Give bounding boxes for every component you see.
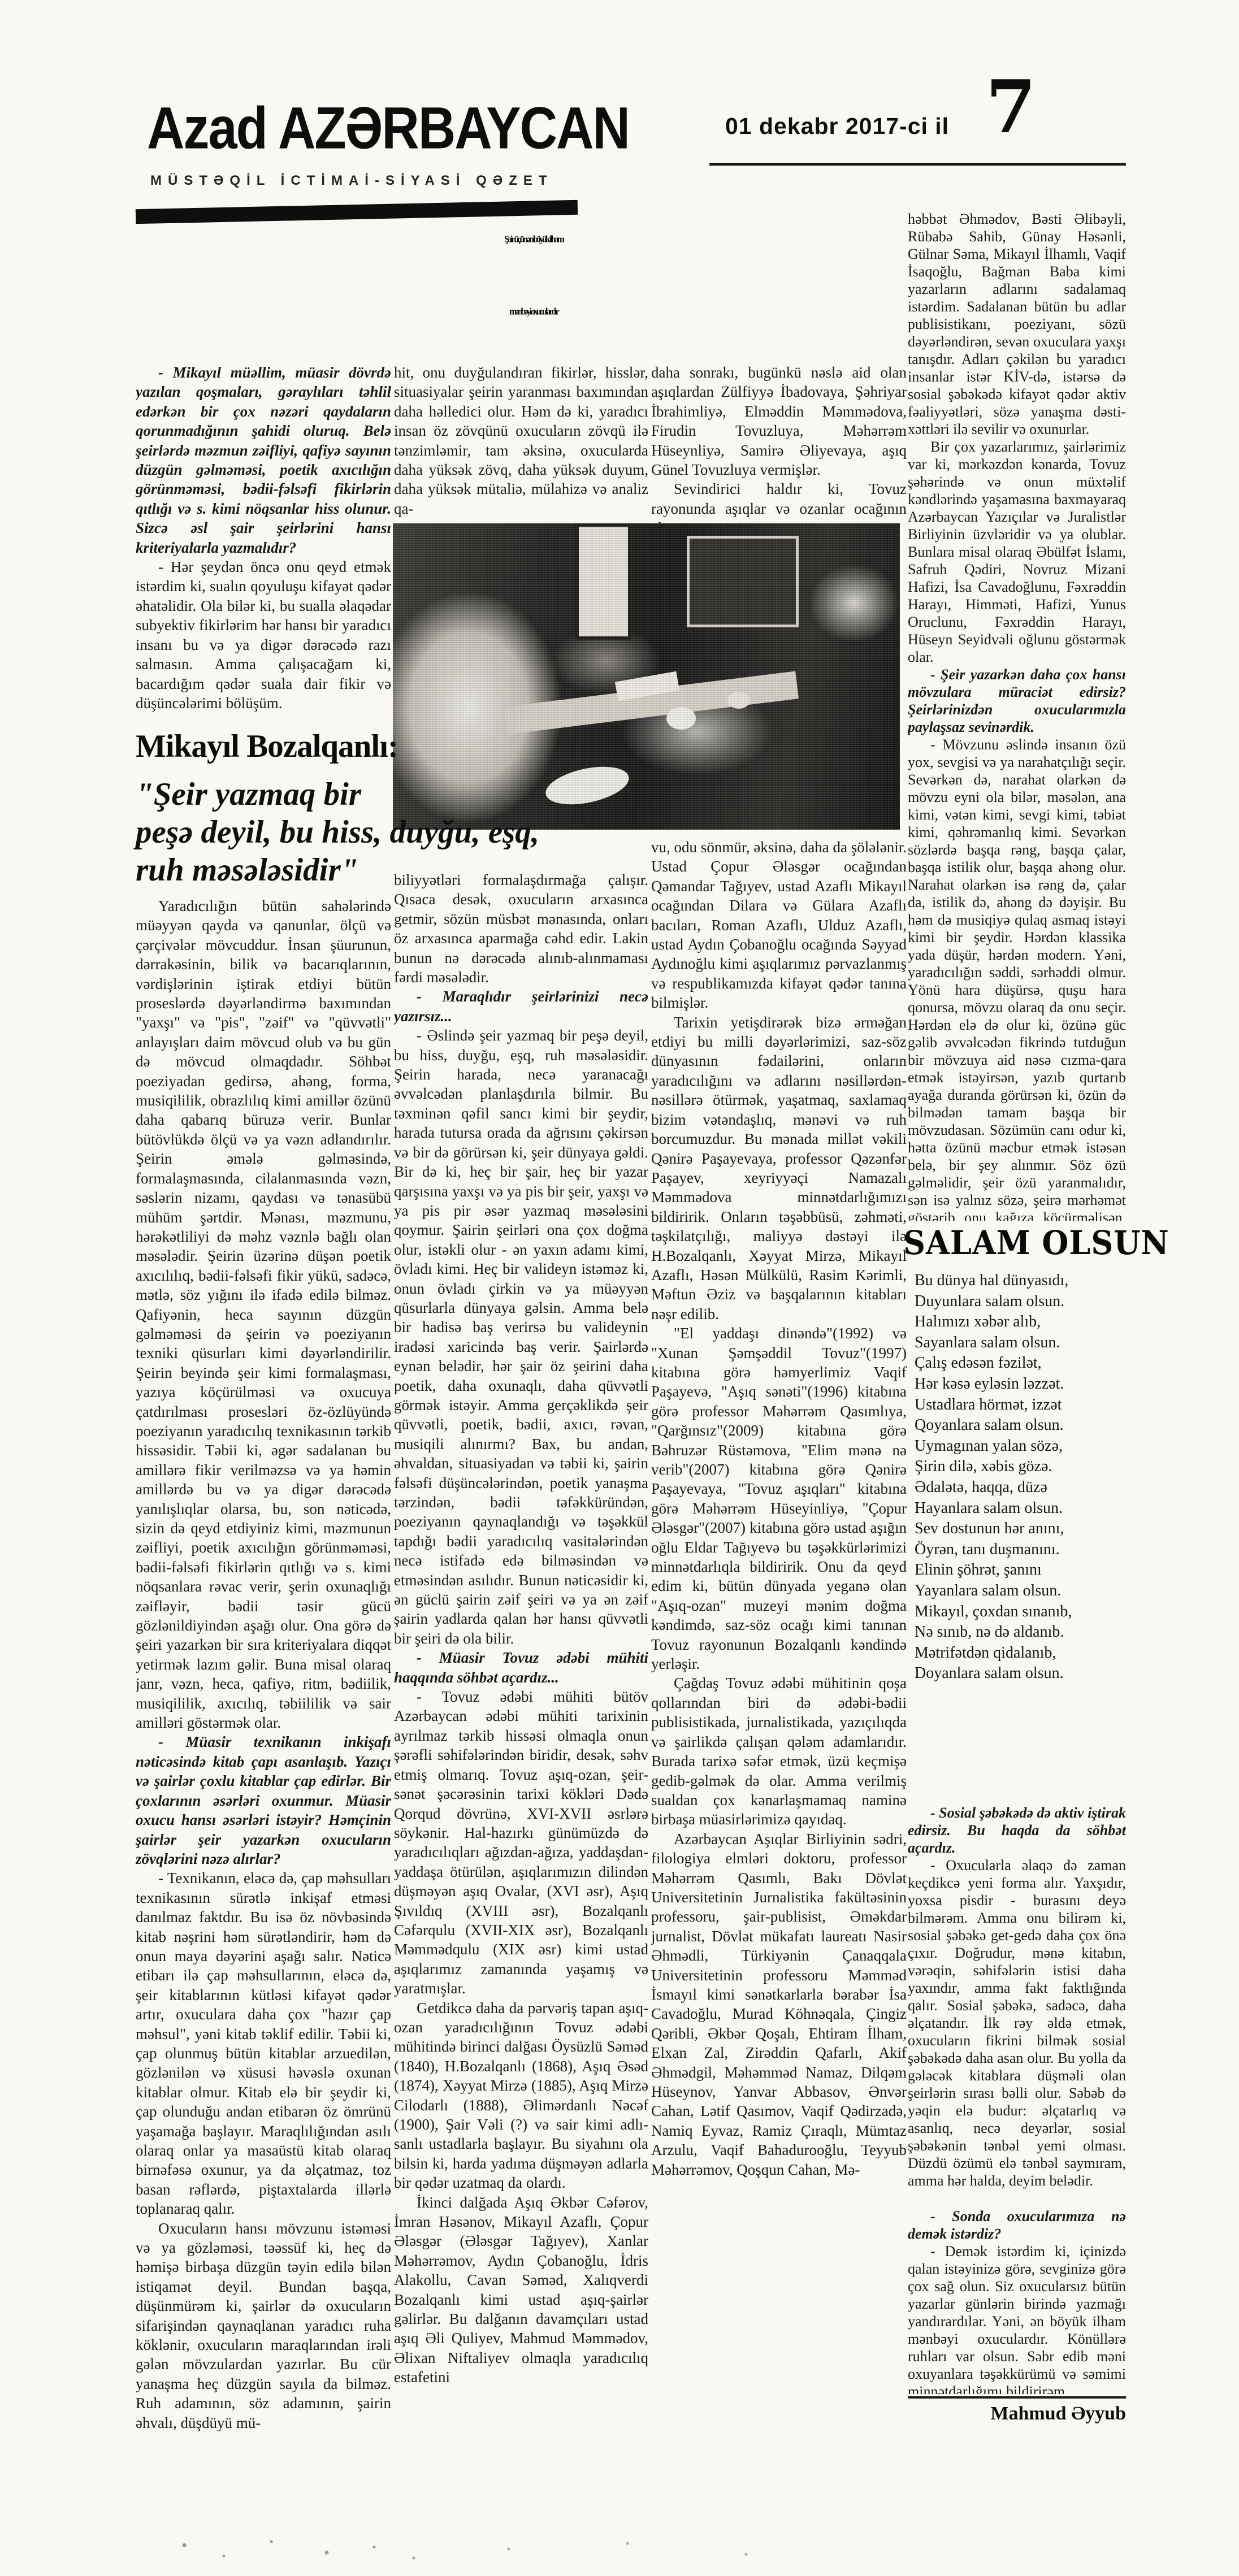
paragraph: Sevindirici haldır ki, Tovuz rayonunda a…	[651, 479, 907, 526]
author-byline: Mahmud Əyyub	[908, 2403, 1126, 2425]
date-rule	[709, 163, 1126, 166]
paragraph: Azərbaycan Aşıqlar Birliyinin sədri, fil…	[651, 1829, 907, 2179]
question-paragraph: - Sosial şəbəkədə də aktiv iştirak edirs…	[908, 1804, 1126, 1857]
headline-line1: Şair üçün ən böyük ilham	[504, 235, 563, 245]
text-line: Duyunlara salam olsun.	[915, 1291, 1127, 1312]
issue-date: 01 dekabr 2017-ci il	[725, 113, 949, 140]
column-4-final-qa: - Sonda oxucularımıza nə demək istərdiz?…	[908, 2208, 1126, 2394]
byline-rule	[908, 2396, 1126, 2399]
paragraph: "El yaddaşı dinəndə"(1992) və "Xunan Şəm…	[651, 1324, 907, 1673]
text-line: Sev dostunun hər anını,	[915, 1519, 1127, 1539]
paragraph: - Texnikanın, eləcə də, çap məhsulları t…	[136, 1868, 391, 2218]
text-line: ruh məsələsidir"	[136, 851, 653, 889]
text-line: Bu dünya hal dünyasıdı,	[915, 1270, 1127, 1291]
paragraph: Yaradıcılığın bütün sahələrində müəyyən …	[136, 896, 391, 1732]
paragraph: - Tovuz ədəbi mühiti bütöv Azərbaycan əd…	[394, 1687, 648, 1998]
paragraph: - Oxucularla əlaqə də zaman keçdikcə yen…	[908, 1857, 1126, 2189]
text-line: Sayanlara salam olsun.	[915, 1333, 1127, 1354]
column-3-top: daha sonrakı, bugünkü nəslə aid olan aşı…	[651, 363, 907, 526]
text-line: Ədalətə, haqqa, düzə	[915, 1477, 1127, 1498]
paragraph: hit, onu duyğulandıran fikirlər, hisslər…	[394, 363, 648, 518]
column-1-intro: - Mikayıl müəllim, müasir dövrdə yazılan…	[136, 363, 391, 731]
text-line: peşə deyil, bu hiss, duyğu, eşq,	[136, 813, 653, 851]
interviewee-name: Mikayıl Bozalqanlı:	[136, 728, 398, 765]
paragraph: Tarixin yetişdirərək bizə ərməğan etdiyi…	[651, 1013, 907, 1324]
poem-text: Bu dünya hal dünyasıdı,Duyunlara salam o…	[915, 1270, 1127, 1689]
pull-quote: "Şeir yazmaq birpeşə deyil, bu hiss, duy…	[136, 775, 653, 889]
text-line: Elinin şöhrət, şanını	[915, 1560, 1127, 1581]
text-line: Yayanlara salam olsun.	[915, 1581, 1127, 1602]
paragraph: - Əslində şeir yazmaq bir peşə deyil, bu…	[394, 1026, 648, 1648]
text-line: Hər kəsə eyləsin ləzzət.	[915, 1374, 1127, 1395]
paragraph: Oxucuların hansı mövzunu istəməsi və ya …	[136, 2219, 391, 2432]
text-line: Mikayıl, çoxdan sınanıb,	[915, 1602, 1127, 1623]
column-1-body: Yaradıcılığın bütün sahələrində müəyyən …	[136, 896, 391, 2508]
question-paragraph: - Mikayıl müəllim, müasir dövrdə yazılan…	[136, 363, 391, 557]
paragraph: həbbət Əhmədov, Bəsti Əlibəyli, Rübabə S…	[908, 210, 1126, 438]
question-paragraph: - Şeir yazarkən daha çox hansı mövzulara…	[908, 666, 1126, 736]
paragraph: İkinci dalğada Aşıq Əkbər Cəfərov, İmran…	[394, 2193, 648, 2387]
paragraph: vu, odu sönmür, əksinə, daha da şölələni…	[651, 838, 907, 1013]
paragraph: Çağdaş Tovuz ədəbi mühitinin qoşa qollar…	[651, 1673, 907, 1829]
column-3-body: vu, odu sönmür, əksinə, daha da şölələni…	[651, 838, 907, 2509]
paragraph: Getdikcə daha da pərvəriş tapan aşıq-oza…	[394, 1998, 648, 2193]
question-paragraph: - Sonda oxucularımıza nə demək istərdiz?	[908, 2208, 1126, 2243]
text-line: Öyrən, tanı duşmanını.	[915, 1539, 1127, 1560]
text-line: Çalış edəsən fəzilət,	[915, 1353, 1127, 1374]
text-line: Ustadlara hörmət, izzət	[915, 1395, 1127, 1416]
paragraph: Bir çox yazarlarımız, şairlərimiz var ki…	[908, 438, 1126, 666]
newspaper-title: Azad AZƏRBAYCAN	[147, 95, 629, 163]
paragraph: - Demək istərdim ki, içinizdə qalan istə…	[908, 2243, 1126, 2394]
headline-line2: mənbəyi oxuculardır	[509, 307, 558, 317]
question-paragraph: - Maraqlıdır şeirlərinizi necə yazırsız.…	[394, 987, 648, 1026]
newspaper-subtitle: MÜSTƏQİL İCTİMAİ-SİYASİ QƏZET	[150, 173, 553, 189]
question-paragraph: - Müasir Tovuz ədəbi mühiti haqqında söh…	[394, 1648, 648, 1687]
text-line: Nə sınıb, nə də aldanıb.	[915, 1622, 1127, 1643]
page-number: 7	[986, 71, 1036, 144]
text-line: Qoyanlara salam olsun.	[915, 1415, 1127, 1436]
text-line: Hayanlara salam olsun.	[915, 1498, 1127, 1519]
headline: Şair üçün ən böyük ilham mənbəyi oxucula…	[167, 203, 900, 348]
text-line: Mətrifətdən qidalanıb,	[915, 1643, 1127, 1664]
text-line: Uymagınan yalan sözə,	[915, 1436, 1127, 1457]
text-line: "Şeir yazmaq bir	[136, 775, 653, 813]
scan-noise-bottom	[153, 2531, 944, 2567]
column-4-social-qa: - Sosial şəbəkədə də aktiv iştirak edirs…	[908, 1804, 1126, 2206]
column-2-top: hit, onu duyğulandıran fikirlər, hisslər…	[394, 363, 648, 524]
paragraph: - Hər şeydən öncə onu qeyd etmək istərdi…	[136, 557, 391, 713]
paragraph: daha sonrakı, bugünkü nəslə aid olan aşı…	[651, 363, 907, 479]
text-line: Şirin dilə, xəbis gözə.	[915, 1456, 1127, 1477]
question-paragraph: - Müasir texnikanın inkişafı nəticəsində…	[136, 1732, 391, 1868]
text-line: Halımızı xəbər alıb,	[915, 1312, 1127, 1333]
paragraph: - Mövzunu əslində insanın özü yox, sevgi…	[908, 736, 1126, 1221]
column-4-body: həbbət Əhmədov, Bəsti Əlibəyli, Rübabə S…	[908, 210, 1126, 1221]
column-2-body: biliyyətləri formalaşdırmağa çalışır. Qı…	[394, 870, 648, 2509]
poem-title: SALAM OLSUN	[903, 1223, 1128, 1262]
newspaper-page: Azad AZƏRBAYCAN MÜSTƏQİL İCTİMAİ-SİYASİ …	[0, 0, 1239, 2576]
text-line: Doyanlara salam olsun.	[915, 1663, 1127, 1684]
